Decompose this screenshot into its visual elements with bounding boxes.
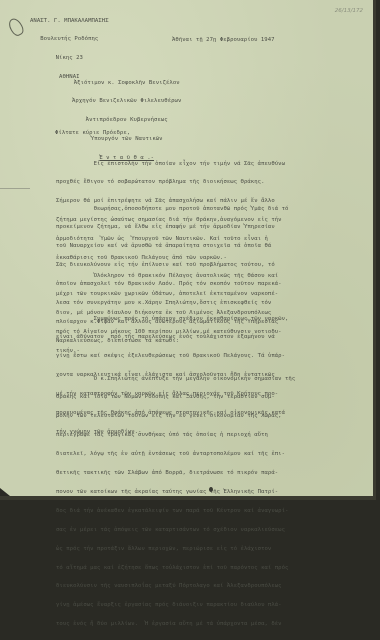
margin-mark — [0, 188, 30, 189]
text-line: θετικῆς τακτικῆς τῶν Σλάβων ἀπό Βορρᾶ, δ… — [56, 470, 295, 476]
paragraph-5: Ὁ κ.Σπηλιώτης ἀνέπτυξε τήν μεγάλην οἰκον… — [56, 363, 295, 505]
text-line: εἶναι ἀδύνατον πρό τῆς παρελεύσεως ἑνός … — [56, 334, 288, 340]
text-line: Εἰς ἐπιστολήν τήν ὁποίαν εἶχον τήν τιμήν… — [56, 161, 285, 167]
letter-date: Ἀθῆναι τῇ 27ῃ Φεβρουαρίου 1947 — [172, 37, 275, 43]
text-line: διατελεῖ, λόγῳ τῆς ἐν αὐτῇ ἐντάσεως τοῦ … — [56, 451, 295, 457]
text-line: περιέγραψε τάς τραγικάς συνθήκας ὑπό τάς… — [56, 432, 295, 438]
text-line: μέχρι τῶν τουρκικῶν χωρικῶν ὑδάτων, ἀποτ… — [56, 291, 282, 297]
addressee-title-3: Ὑπουργόν τῶν Ναυτικῶν — [72, 136, 181, 142]
folded-corner — [0, 488, 10, 496]
text-line: Ὁ κ.Σπηλιώτης ἀνέπτυξε τήν μεγάλην οἰκον… — [56, 376, 295, 382]
text-line: Συμφώνως πρός τό ὑπάρχον σχέδιον ἐκκαθαρ… — [56, 316, 288, 322]
salutation: Φίλτατε κύριε Πρόεδρε, — [55, 130, 130, 136]
addressee-title-1: Ἀρχηγόν Βενιζελικῶν Φιλελευθέρων — [72, 98, 181, 104]
text-line: προχθές ἔθιγον τό σοβαρώτατον πρόβλημα τ… — [56, 179, 285, 185]
text-line: πονον τῶν κατοίκων τῆς ἀκραίας ταύτης γω… — [56, 489, 295, 495]
text-line: Θράκης καί ἰδίᾳ τῶν Νομῶν Ροδόπης καί Ξά… — [56, 394, 295, 400]
sender-street: Νίκης 23 — [30, 55, 109, 61]
text-line: Θεωρήσας,ὁποσοδήποτε μου προτοῦ ἀποτανθῶ… — [56, 206, 288, 212]
text-line: τοῦ Ναυαρχείου καί νά ἀρυσθῶ τά ἀπαραίτη… — [56, 243, 288, 249]
text-line: Ὁλόκληρον τό Θρακικόν Πέλαγος ἀνατολικῶς… — [56, 273, 282, 279]
addressee-title-2: Ἀντιπρόεδρον Κυβερνήσεως — [72, 117, 181, 123]
sender-name: ΑΝΑΣΤ. Γ. ΜΠΑΚΑΛΑΜΠΑΣΗΣ — [30, 18, 109, 24]
text-line: βολήν τῶν τελευταίων τούτων εἰς τήν ἐν γ… — [56, 413, 295, 419]
addressee-name: Ἀξιότιμον κ. Σοφοκλῆν Βενιζέλον — [72, 80, 181, 86]
sender-title: Βουλευτής Ροδόπης — [30, 36, 109, 42]
text-line: γίνῃ ἔστω καί σκέψις ἐξελευθερώσεως τοῦ … — [56, 353, 288, 359]
text-line: προκείμενον ζήτημα, νά ἔλθω εἰς ἐπαφήν μ… — [56, 224, 288, 230]
paper-clip-mark-icon — [6, 16, 25, 38]
ink-stain-mark — [209, 487, 213, 492]
archive-number: 26/13/172 — [335, 8, 363, 14]
document-page: 26/13/172 ΑΝΑΣΤ. Γ. ΜΠΑΚΑΛΑΜΠΑΣΗΣ Βουλευ… — [0, 0, 376, 500]
